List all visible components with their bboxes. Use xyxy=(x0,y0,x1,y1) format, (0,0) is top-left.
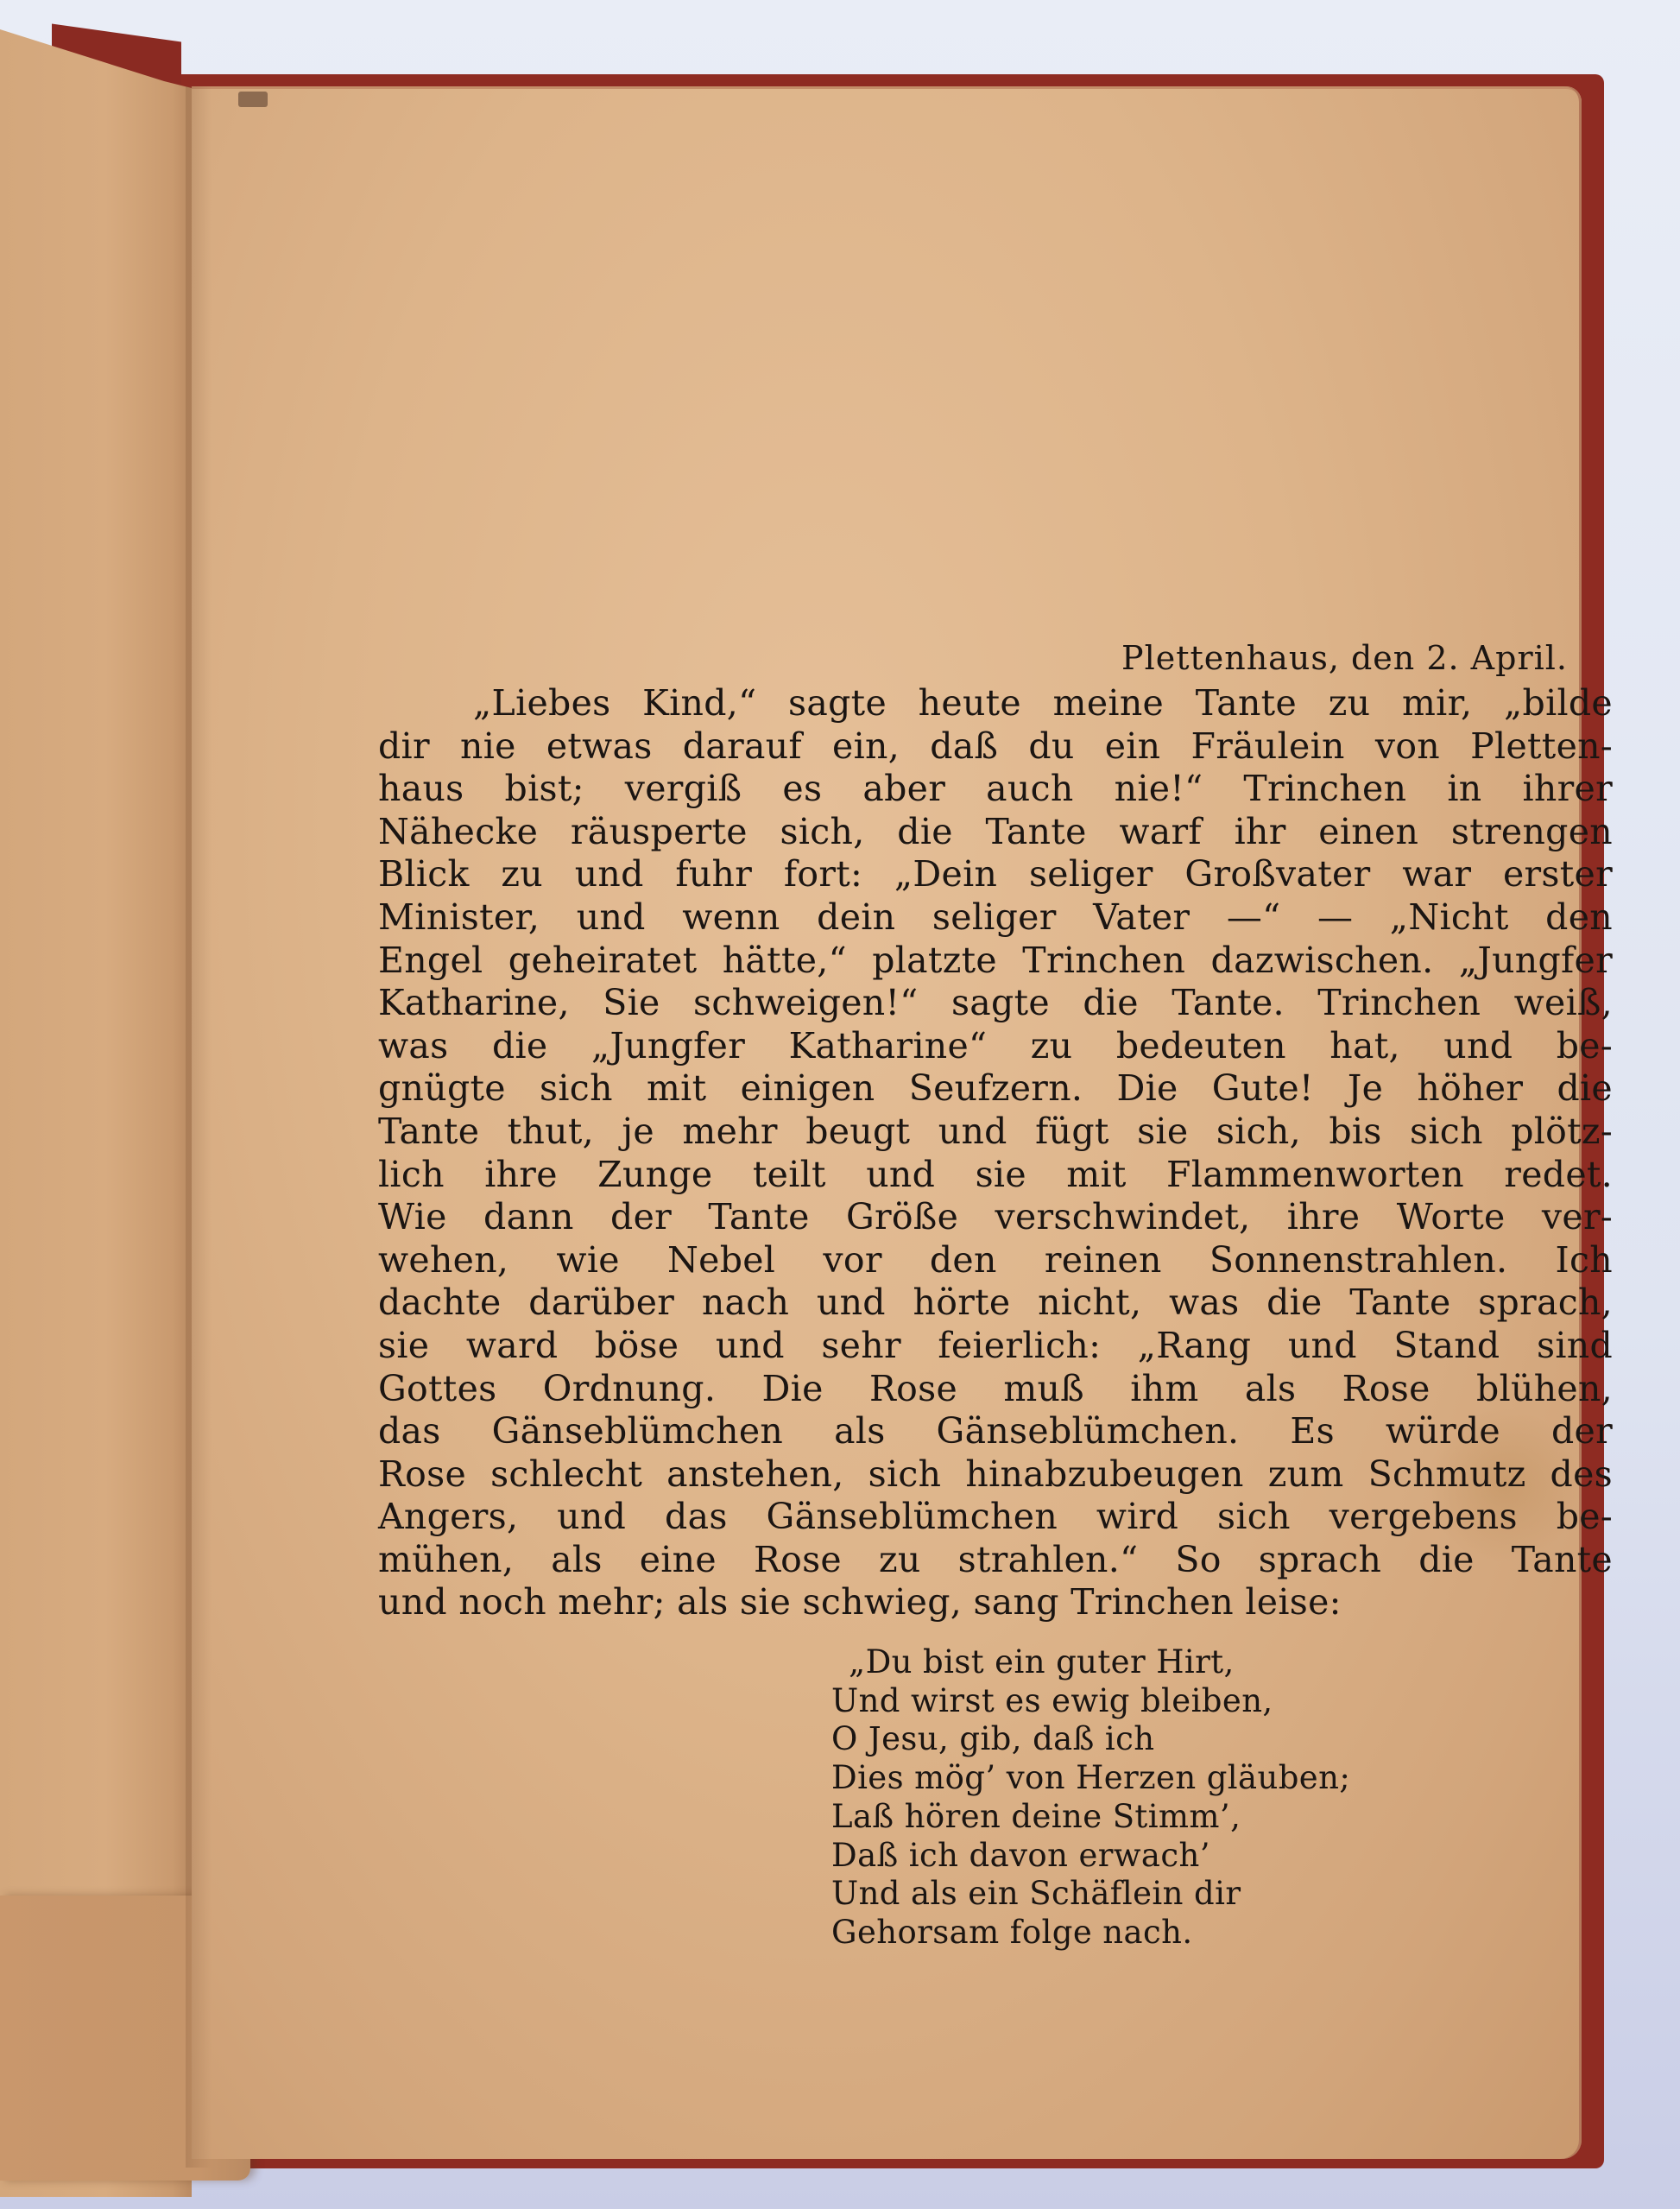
dateline: Plettenhaus, den 2. April. xyxy=(378,639,1613,677)
text-line: Gottes Ordnung. Die Rose muß ihm als Ros… xyxy=(378,1368,1613,1411)
text-line: wehen, wie Nebel vor den reinen Sonnenst… xyxy=(378,1239,1613,1282)
text-line: sie ward böse und sehr feierlich: „Rang … xyxy=(378,1325,1613,1368)
text-line: Engel geheiratet hätte,“ platzte Trinche… xyxy=(378,940,1613,983)
hymn-verse: „Du bist ein guter Hirt, Und wirst es ew… xyxy=(378,1643,1613,1953)
text-line: Angers, und das Gänseblümchen wird sich … xyxy=(378,1496,1613,1539)
text-line: was die „Jungfer Katharine“ zu bedeuten … xyxy=(378,1025,1613,1068)
verse-line: Daß ich davon erwach’ xyxy=(831,1837,1613,1876)
verse-line: O Jesu, gib, daß ich xyxy=(831,1720,1613,1759)
text-line: gnügte sich mit einigen Seufzern. Die Gu… xyxy=(378,1067,1613,1111)
paragraph: „Liebes Kind,“ sagte heute meine Tante z… xyxy=(378,682,1613,1624)
gutter-shadow xyxy=(186,86,212,2168)
text-line: das Gänseblümchen als Gänseblümchen. Es … xyxy=(378,1410,1613,1453)
text-line: Tante thut, je mehr beugt und fügt sie s… xyxy=(378,1111,1613,1154)
text-line: „Liebes Kind,“ sagte heute meine Tante z… xyxy=(378,682,1613,725)
text-line: Katharine, Sie schweigen!“ sagte die Tan… xyxy=(378,982,1613,1025)
verse-line: Gehorsam folge nach. xyxy=(831,1914,1613,1953)
verse-line: Und als ein Schäflein dir xyxy=(831,1875,1613,1914)
text-line: dachte darüber nach und hörte nicht, was… xyxy=(378,1282,1613,1325)
text-line: Blick zu und fuhr fort: „Dein seliger Gr… xyxy=(378,853,1613,896)
text-line: Minister, und wenn dein seliger Vater —“… xyxy=(378,896,1613,940)
verse-line: Dies mög’ von Herzen gläuben; xyxy=(831,1759,1613,1798)
text-line: Wie dann der Tante Größe verschwindet, i… xyxy=(378,1196,1613,1239)
verse-line: Laß hören deine Stimm’, xyxy=(831,1798,1613,1837)
text-line: Nähecke räusperte sich, die Tante warf i… xyxy=(378,811,1613,854)
text-line: mühen, als eine Rose zu strahlen.“ So sp… xyxy=(378,1539,1613,1582)
text-line: dir nie etwas darauf ein, daß du ein Frä… xyxy=(378,725,1613,769)
text-line: und noch mehr; als sie schwieg, sang Tri… xyxy=(378,1581,1613,1624)
text-line: Rose schlecht anstehen, sich hinabzubeug… xyxy=(378,1453,1613,1497)
left-page xyxy=(0,29,192,2197)
page-text: Plettenhaus, den 2. April. „Liebes Kind,… xyxy=(378,639,1613,1953)
text-line: haus bist; vergiß es aber auch nie!“ Tri… xyxy=(378,768,1613,811)
verse-line: „Du bist ein guter Hirt, xyxy=(831,1643,1613,1682)
verse-line: Und wirst es ewig bleiben, xyxy=(831,1682,1613,1721)
right-page: Plettenhaus, den 2. April. „Liebes Kind,… xyxy=(192,86,1582,2159)
text-line: lich ihre Zunge teilt und sie mit Flamme… xyxy=(378,1154,1613,1197)
page-smudge xyxy=(238,92,268,107)
